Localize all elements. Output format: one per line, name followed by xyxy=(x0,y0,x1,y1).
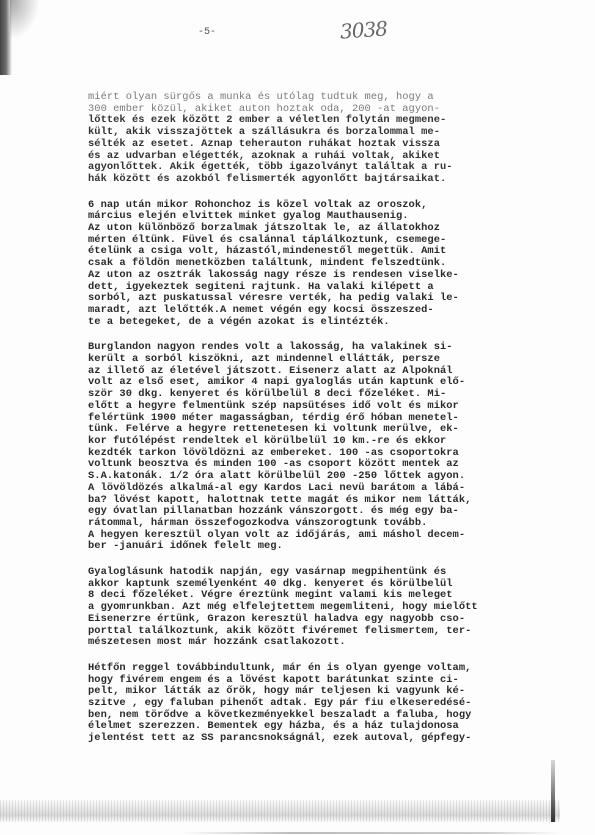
text-line: került a sorból kiszökni, azt mindennel … xyxy=(88,354,548,366)
page-number: -5- xyxy=(198,27,216,38)
text-line: sélték az esetet. Aznap teherauton ruhák… xyxy=(88,139,548,151)
text-line: kor futólépést rendeltek el körülbelül 1… xyxy=(88,436,548,448)
scan-edge-shadow-right xyxy=(551,760,555,822)
scan-bottom-edge xyxy=(180,832,560,834)
text-line: előtt a hegyre felmentünk szép napsütése… xyxy=(88,401,548,413)
paragraph: miért olyan sürgős a munka és utólag tud… xyxy=(88,92,548,186)
paragraph: Burglandon nagyon rendes volt a lakosság… xyxy=(88,342,548,553)
text-line: rátommal, hárman összefogozkodva vánszor… xyxy=(88,518,548,530)
document-body: miért olyan sürgős a munka és utólag tud… xyxy=(88,92,548,759)
text-line: A lövöldözés alkalmá-al egy Kardos Laci … xyxy=(88,483,548,495)
text-line: te a betegeket, de a végén azokat is eli… xyxy=(88,317,548,329)
text-line: maradt, azt lelőtték.A nemet végén egy k… xyxy=(88,305,548,317)
text-line: jelentést tett az SS parancsnokságnál, e… xyxy=(88,733,548,745)
text-line: Az uton különböző borzalmak játszoltak l… xyxy=(88,223,548,235)
text-line: Hétfőn reggel továbbindultunk, már én is… xyxy=(88,663,548,675)
handwritten-archive-number: 3038 xyxy=(339,16,387,43)
text-line: Az uton az osztrák lakosság nagy része i… xyxy=(88,270,548,282)
scanned-page: -5- 3038 miért olyan sürgős a munka és u… xyxy=(0,0,595,835)
scan-edge-shade xyxy=(10,0,40,40)
text-line: mészetesen most már hozzánk csatlakozott… xyxy=(88,637,548,649)
text-line: Gyaloglásunk hatodik napján, egy vasárna… xyxy=(88,567,548,579)
text-line: miért olyan sürgős a munka és utólag tud… xyxy=(88,92,548,104)
paragraph: Gyaloglásunk hatodik napján, egy vasárna… xyxy=(88,567,548,649)
text-line: ber -januári időnek felelt meg. xyxy=(88,541,548,553)
text-line: Eisenerzre értünk, Grazon keresztül hala… xyxy=(88,614,548,626)
text-line: szitve , egy faluban pihenőt adtak. Egy … xyxy=(88,698,548,710)
text-line: hák között és azokból felismerték agyonl… xyxy=(88,174,548,186)
paragraph: Hétfőn reggel továbbindultunk, már én is… xyxy=(88,663,548,745)
paragraph: 6 nap után mikor Rohonchoz is közel volt… xyxy=(88,200,548,329)
scan-noise-bottom xyxy=(0,800,560,822)
